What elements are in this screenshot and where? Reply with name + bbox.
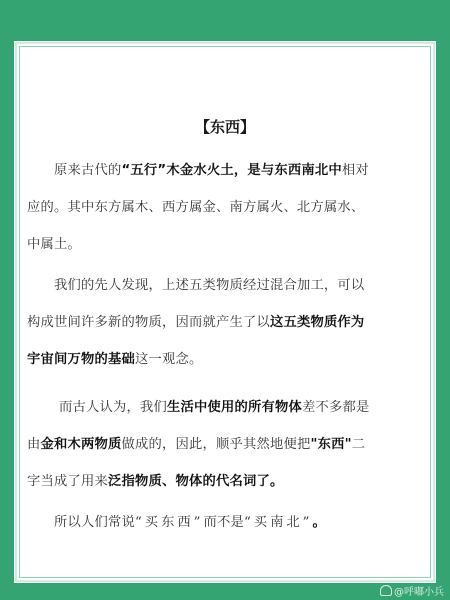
- p4-period: 。: [312, 515, 326, 530]
- p3-bold-2: 金和木两物质: [41, 437, 122, 452]
- p3-bold-3: "东西": [310, 437, 351, 452]
- watermark: @呼嘟小兵: [380, 583, 444, 598]
- toutiao-logo-icon: [380, 585, 392, 596]
- p3-bold-4: 泛指物质、物体的代名词了。: [108, 474, 283, 489]
- p4-text-1: 所以人们常说: [54, 515, 135, 530]
- p3-text-3: 做成的，因此，顺乎其然地便把: [121, 437, 310, 452]
- p2-text-2: 这一观念。: [135, 352, 202, 367]
- paragraph-3: 而古人认为，我们生活中使用的所有物体差不多都是由金和木两物质做成的，因此，顺乎其…: [27, 389, 372, 500]
- p4-quote-1: “买东西”: [135, 515, 204, 530]
- p1-bold-1: “五行”木金水火土，是与东西南北中: [121, 163, 341, 178]
- p3-bold-1: 生活中使用的所有物体: [167, 400, 302, 415]
- p4-text-2: 而不是: [203, 515, 244, 530]
- article-title: 【东西】: [17, 116, 433, 137]
- p1-text-1: 原来古代的: [54, 163, 121, 178]
- p4-quote-2: “买南北”: [244, 515, 313, 530]
- paragraph-1: 原来古代的“五行”木金水火土，是与东西南北中相对应的。其中东方属木、西方属金、南…: [27, 152, 372, 263]
- p3-text-1: 而古人认为，我们: [59, 400, 167, 415]
- paragraph-4: 所以人们常说“买东西”而不是“买南北”。: [27, 504, 372, 541]
- paragraph-2: 我们的先人发现，上述五类物质经过混合加工，可以构成世间许多新的物质，因而就产生了…: [27, 267, 372, 378]
- article-card: 【东西】 原来古代的“五行”木金水火土，是与东西南北中相对应的。其中东方属木、西…: [15, 42, 435, 582]
- watermark-text: @呼嘟小兵: [394, 583, 444, 598]
